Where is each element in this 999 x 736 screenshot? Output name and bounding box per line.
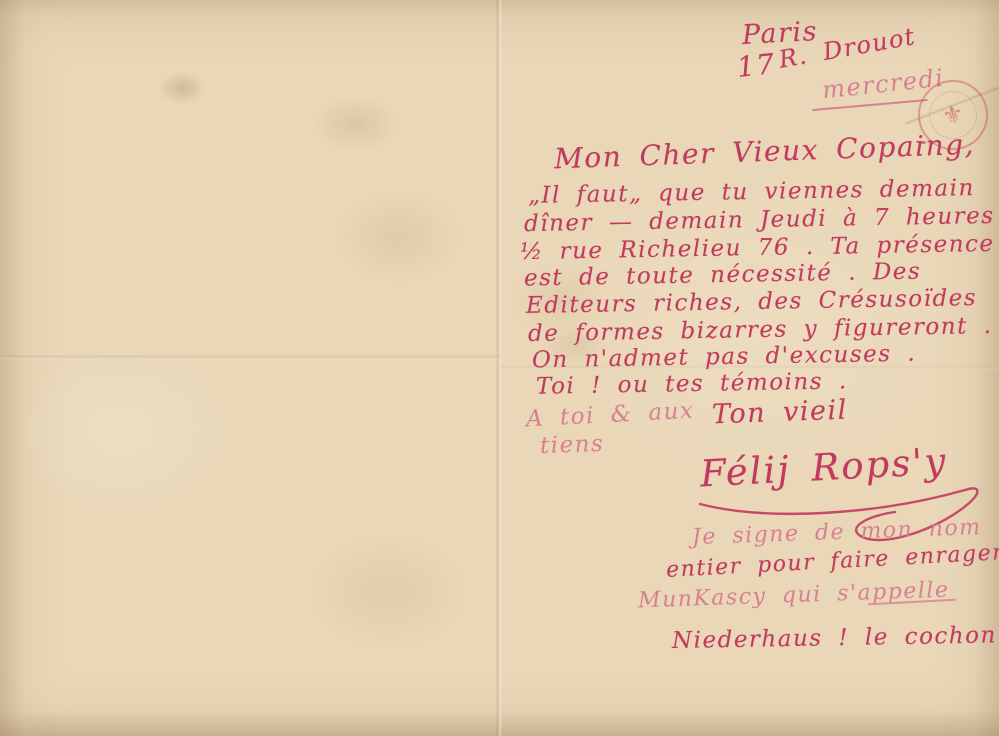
body-line: Editeurs riches, des Crésusoïdes: [526, 287, 977, 318]
horizontal-crease-left: [0, 356, 500, 359]
body-line: ½ rue Richelieu 76 . Ta présence: [520, 233, 995, 264]
closing-left-line2: tiens: [540, 433, 605, 458]
salutation: Mon Cher Vieux Copaing,: [554, 131, 976, 174]
postscript-line: Niederhaus ! le cochon .: [672, 624, 999, 653]
stamp-emblem-icon: ⚜: [940, 99, 967, 131]
body-line: „Il faut„ que tu viennes demain: [528, 177, 975, 208]
closing-right: Ton vieil: [712, 397, 849, 429]
letter-scan: Paris 17 R. Drouot mercredi ⚜ Mon Cher V…: [0, 0, 999, 736]
vertical-fold-crease: [497, 0, 502, 736]
header-address-number: 17: [736, 50, 777, 82]
signature: Félij Rops'y: [699, 443, 948, 493]
body-line: de formes bizarres y figureront .: [528, 315, 993, 346]
closing-left-line1: A toi & aux: [526, 400, 695, 432]
postscript-line: MunKascy qui s'appelle: [638, 580, 950, 613]
body-line: On n'admet pas d'excuses .: [532, 343, 917, 373]
body-line: Toi ! ou tes témoins .: [536, 370, 848, 398]
body-line: est de toute nécessité . Des: [524, 261, 922, 291]
